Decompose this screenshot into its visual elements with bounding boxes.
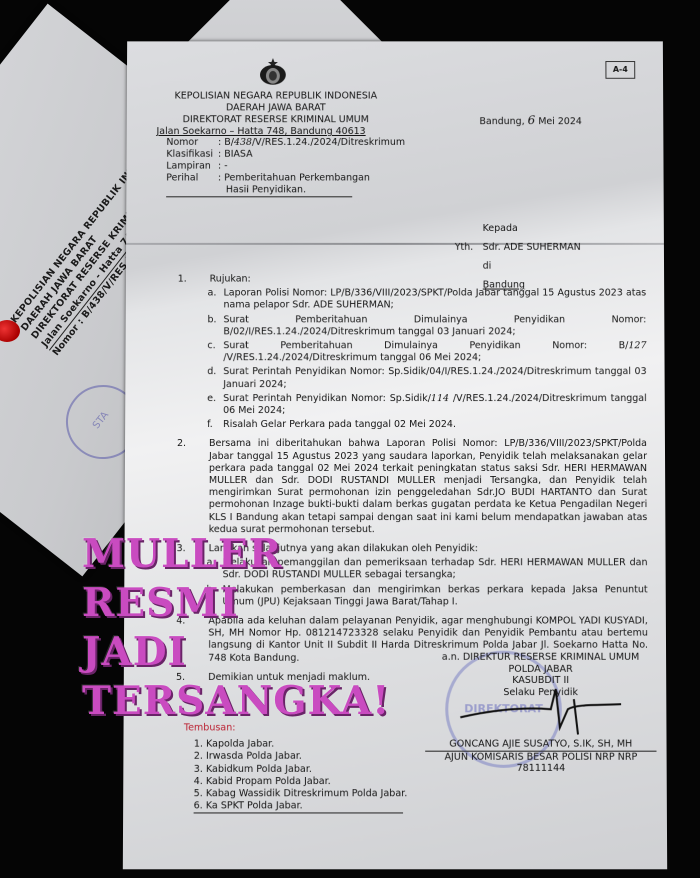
handwritten-number: 127 [628,340,646,351]
meta-klasifikasi: Klasifikasi : BIASA [166,149,405,161]
meta-value: : BIASA [218,149,253,161]
headline-overlay: MULLER RESMI JADI TERSANGKA! [82,530,390,726]
sub-letter: a. [208,288,224,312]
sub-item: a.Laporan Polisi Nomor: LP/B/336/VIII/20… [208,288,647,312]
sub-text: Surat Perintah Penyidikan Nomor: Sp.Sidi… [223,393,647,417]
sub-letter: b. [207,314,223,338]
sub-letter: c. [207,340,223,364]
meta-value: Hasil Penyidikan. [166,184,352,197]
police-crest-icon [254,57,292,89]
signature-block: a.n. DIREKTUR RESERSE KRIMINAL UMUM POLD… [425,652,657,775]
handwritten-number: 114 [431,393,449,404]
meta-nomor: Nomor : B/438 /V/RES.1.24./2024/Ditreskr… [166,137,405,149]
meta-value: : Pemberitahuan Perkembangan [218,173,370,185]
letterhead: KEPOLISIAN NEGARA REPUBLIK INDONESIA DAE… [156,91,395,138]
cc-item: 6. Ka SPKT Polda Jabar. [194,801,404,814]
sub-item: c.Surat Pemberitahuan Dimulainya Penyidi… [207,340,646,364]
meta-label: Perihal [166,173,218,185]
recipient-kepada: Kepada [483,219,518,238]
headline-line: RESMI [82,579,390,628]
item-text: Bersama ini diberitahukan bahwa Laporan … [209,438,648,536]
signatory-name: GONCANG AJIE SUSATYO, S.IK, SH, MH [425,739,656,751]
sub-text: Surat Pemberitahuan Dimulainya Penyidika… [223,314,646,338]
sub-text: Surat Pemberitahuan Dimulainya Penyidika… [223,340,646,364]
item-number: 1. [177,274,210,432]
list-item: 2. Bersama ini diberitahukan bahwa Lapor… [177,438,648,536]
sub-text-post: /V/RES.1.24./2024/Ditreskrimum tanggal 0… [223,352,481,363]
sub-letter: f. [207,419,223,431]
meta-value: /V/RES.1.24./2024/Ditreskrimum [252,137,405,149]
sub-letter: d. [207,367,223,391]
cc-item: 2. Irwasda Polda Jabar. [194,751,408,763]
signature-role: Selaku Penyidik [425,687,656,699]
list-item: 1. Rujukan: a.Laporan Polisi Nomor: LP/B… [177,274,647,432]
signature-position: KASUBDIT II [425,675,656,687]
fold-line [126,243,664,245]
sub-text-pre: Surat Pemberitahuan Dimulainya Penyidika… [223,340,628,351]
meta-label: Nomor [166,137,218,149]
sub-letter: e. [207,393,223,417]
cc-item: 4. Kabid Propam Polda Jabar. [194,776,408,788]
date-place: Bandung, [479,116,524,127]
carbon-copy: Tembusan: 1. Kapolda Jabar. 2. Irwasda P… [184,722,408,814]
recipient-name: Sdr. ADE SUHERMAN [483,238,581,257]
form-code-box: A-4 [605,61,635,79]
date-month-year: Mei 2024 [538,116,582,127]
item-number: 2. [177,438,209,536]
sub-item: b.Surat Pemberitahuan Dimulainya Penyidi… [207,314,646,338]
sub-item: f.Risalah Gelar Perkara pada tanggal 02 … [207,419,647,431]
cc-item: 1. Kapolda Jabar. [194,739,407,751]
recipient-yth: Yth. [455,238,483,257]
letterhead-directorate: DIREKTORAT RESERSE KRIMINAL UMUM [157,114,395,126]
handwritten-number: 438 [234,137,252,149]
cc-item: 5. Kabag Wassidik Ditreskrimum Polda Jab… [194,788,408,800]
sub-text: Risalah Gelar Perkara pada tanggal 02 Me… [223,419,647,431]
official-letter: A-4 KEPOLISIAN NEGARA REPUBLIK INDONESIA… [123,41,667,869]
date-day: 6 [528,113,536,127]
meta-label: Lampiran [166,161,218,173]
letterhead-region: DAERAH JAWA BARAT [157,102,395,114]
headline-line: MULLER [82,530,390,579]
meta-perihal: Perihal : Pemberitahuan Perkembangan [166,173,405,185]
sub-item: d.Surat Perintah Penyidikan Nomor: Sp.Si… [207,367,646,391]
letter-meta: Nomor : B/438 /V/RES.1.24./2024/Ditreskr… [166,137,405,197]
meta-lampiran: Lampiran : - [166,161,405,173]
sub-item: e.Surat Perintah Penyidikan Nomor: Sp.Si… [207,393,647,417]
meta-value: : - [218,161,228,173]
headline-line: TERSANGKA! [82,677,390,726]
meta-value: : B/ [218,137,234,149]
letterhead-org: KEPOLISIAN NEGARA REPUBLIK INDONESIA [157,91,395,103]
letter-date: Bandung, 6 Mei 2024 [479,113,581,127]
item-text: Rujukan: [210,274,647,286]
sub-text: Laporan Polisi Nomor: LP/B/336/VIII/2023… [223,288,646,312]
signature-on-behalf: a.n. DIREKTUR RESERSE KRIMINAL UMUM POLD… [425,652,656,675]
headline-line: JADI [82,628,390,677]
sub-text-pre: Surat Perintah Penyidikan Nomor: Sp.Sidi… [223,393,431,404]
cc-item: 3. Kabidkum Polda Jabar. [194,763,408,775]
sub-text: Surat Perintah Penyidikan Nomor: Sp.Sidi… [223,367,646,391]
signatory-rank: AJUN KOMISARIS BESAR POLISI NRP NRP 7811… [425,750,656,774]
meta-label: Klasifikasi [166,149,218,161]
